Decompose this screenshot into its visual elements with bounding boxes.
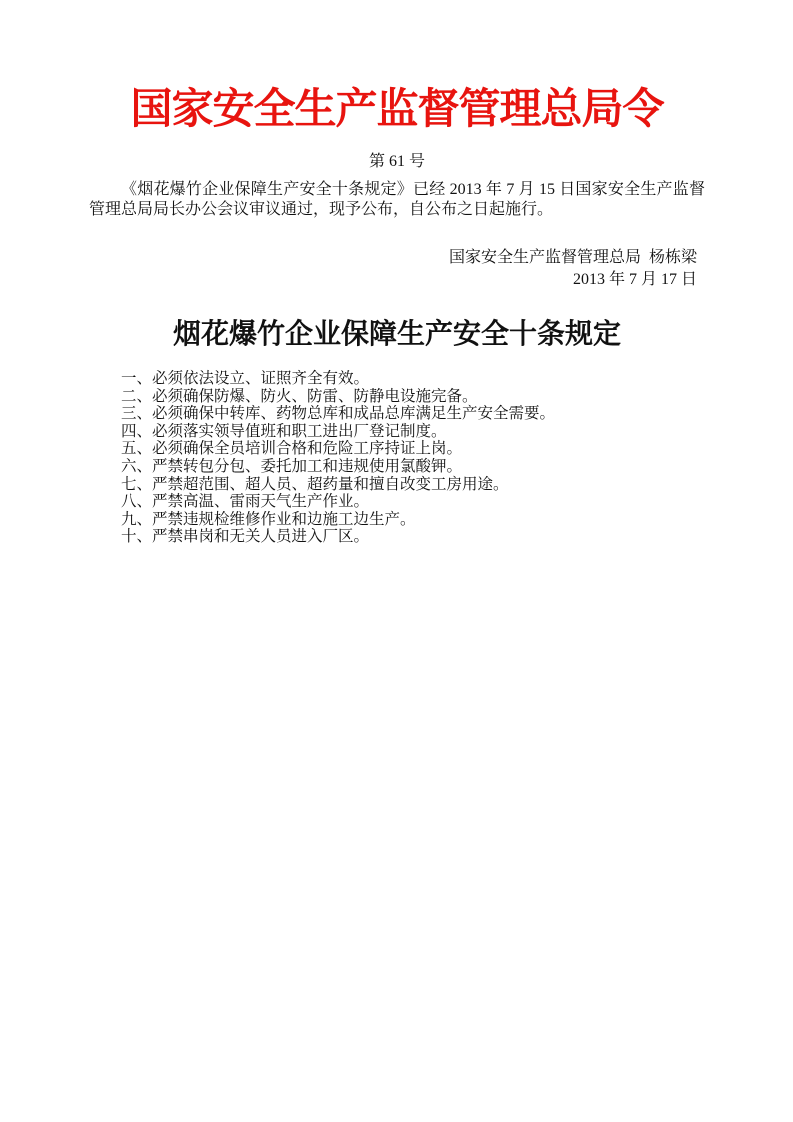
announcement-paragraph: 《烟花爆竹企业保障生产安全十条规定》已经 2013 年 7 月 15 日国家安全…: [89, 180, 705, 219]
signature-date: 2013 年 7 月 17 日: [89, 269, 697, 291]
regulation-item: 六、严禁转包分包、委托加工和违规使用氯酸钾。: [121, 458, 705, 476]
order-number: 第 61 号: [89, 152, 705, 172]
regulation-item: 八、严禁高温、雷雨天气生产作业。: [121, 493, 705, 511]
regulation-item: 二、必须确保防爆、防火、防雷、防静电设施完备。: [121, 388, 705, 406]
regulation-list: 一、必须依法设立、证照齐全有效。二、必须确保防爆、防火、防雷、防静电设施完备。三…: [89, 370, 705, 546]
regulation-item: 五、必须确保全员培训合格和危险工序持证上岗。: [121, 440, 705, 458]
regulation-item: 九、严禁违规检维修作业和边施工边生产。: [121, 511, 705, 529]
document-page: 国家安全生产监督管理总局令 第 61 号 《烟花爆竹企业保障生产安全十条规定》已…: [0, 0, 793, 1122]
signature-block: 国家安全生产监督管理总局 杨栋梁 2013 年 7 月 17 日: [89, 247, 705, 291]
signature-signer: 国家安全生产监督管理总局 杨栋梁: [89, 247, 697, 269]
document-title: 国家安全生产监督管理总局令: [89, 0, 705, 138]
regulation-item: 四、必须落实领导值班和职工进出厂登记制度。: [121, 423, 705, 441]
regulation-item: 三、必须确保中转库、药物总库和成品总库满足生产安全需要。: [121, 405, 705, 423]
regulation-item: 七、严禁超范围、超人员、超药量和擅自改变工房用途。: [121, 476, 705, 494]
regulation-item: 十、严禁串岗和无关人员进入厂区。: [121, 528, 705, 546]
document-content: 国家安全生产监督管理总局令 第 61 号 《烟花爆竹企业保障生产安全十条规定》已…: [0, 0, 793, 546]
regulation-title: 烟花爆竹企业保障生产安全十条规定: [89, 317, 705, 351]
regulation-item: 一、必须依法设立、证照齐全有效。: [121, 370, 705, 388]
